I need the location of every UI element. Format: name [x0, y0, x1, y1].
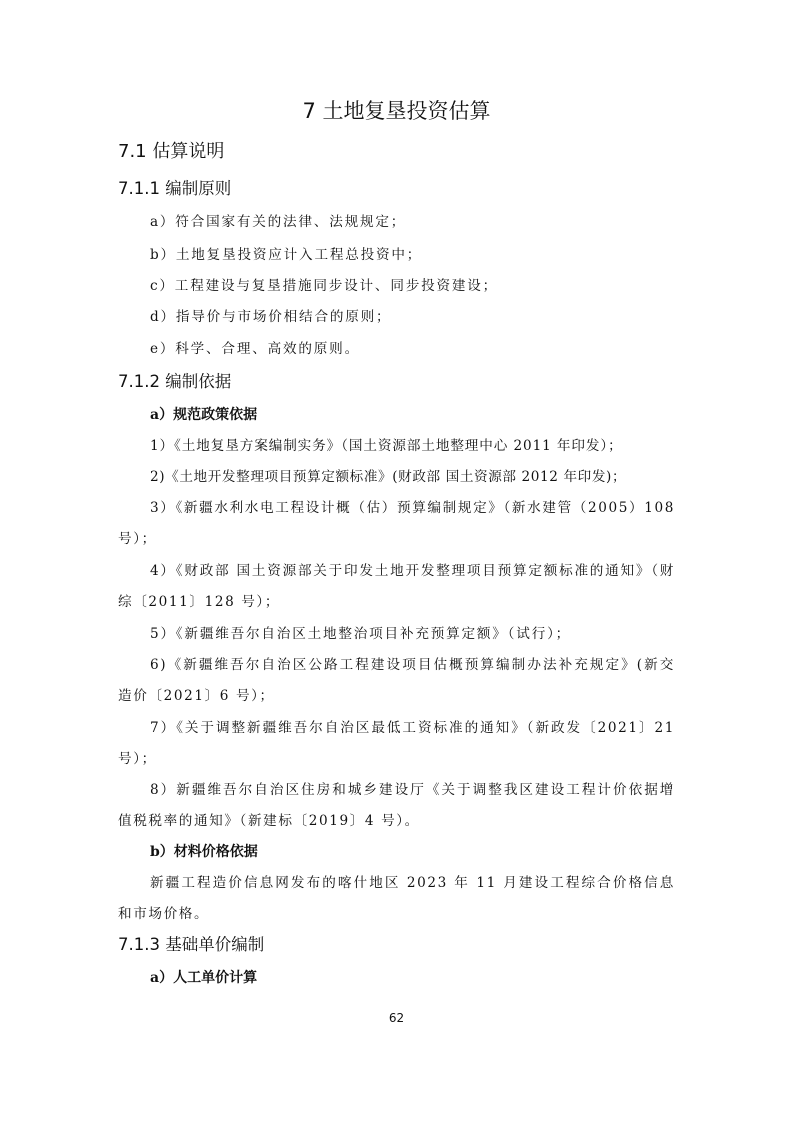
subheading-policy-basis: a）规范政策依据 [150, 403, 257, 427]
principle-item-b: b）土地复垦投资应计入工程总投资中； [118, 240, 675, 271]
basis-item-6: 6)《新疆维吾尔自治区公路工程建设项目估概预算编制办法补充规定》(新交造价〔20… [118, 650, 675, 712]
principle-item-c: c）工程建设与复垦措施同步设计、同步投资建设； [118, 271, 675, 302]
basis-item-2: 2)《土地开发整理项目预算定额标准》(财政部 国土资源部 2012 年印发)； [118, 462, 675, 493]
section-heading-7-1-2: 7.1.2 编制依据 [118, 369, 231, 395]
subheading-labor-unit-price: a）人工单价计算 [150, 966, 257, 990]
basis-item-3: 3）《新疆水利水电工程设计概（估）预算编制规定》（新水建管（2005）108 号… [118, 493, 675, 555]
basis-item-1: 1）《土地复垦方案编制实务》（国土资源部土地整理中心 2011 年印发）； [118, 431, 675, 462]
basis-item-5: 5）《新疆维吾尔自治区土地整治项目补充预算定额》（试行）； [118, 619, 675, 650]
basis-item-8: 8）新疆维吾尔自治区住房和城乡建设厅《关于调整我区建设工程计价依据增值税税率的通… [118, 775, 675, 837]
section-heading-7-1-1: 7.1.1 编制原则 [118, 176, 231, 202]
basis-item-7: 7）《关于调整新疆维吾尔自治区最低工资标准的通知》（新政发〔2021〕21 号）… [118, 713, 675, 775]
section-heading-7-1: 7.1 估算说明 [118, 138, 224, 166]
material-price-text: 新疆工程造价信息网发布的喀什地区 2023 年 11 月建设工程综合价格信息和市… [118, 868, 675, 930]
principle-item-d: d）指导价与市场价相结合的原则； [118, 302, 675, 333]
section-heading-7-1-3: 7.1.3 基础单价编制 [118, 932, 264, 958]
chapter-title: 7 土地复垦投资估算 [0, 95, 793, 127]
basis-item-4: 4）《财政部 国土资源部关于印发土地开发整理项目预算定额标准的通知》（财综〔20… [118, 556, 675, 618]
subheading-material-price-basis: b）材料价格依据 [150, 840, 258, 864]
principle-item-a: a）符合国家有关的法律、法规规定； [118, 207, 675, 238]
page-number: 62 [0, 1010, 793, 1026]
document-page: 7 土地复垦投资估算 7.1 估算说明 7.1.1 编制原则 a）符合国家有关的… [0, 0, 793, 1122]
principle-item-e: e）科学、合理、高效的原则。 [118, 334, 675, 365]
